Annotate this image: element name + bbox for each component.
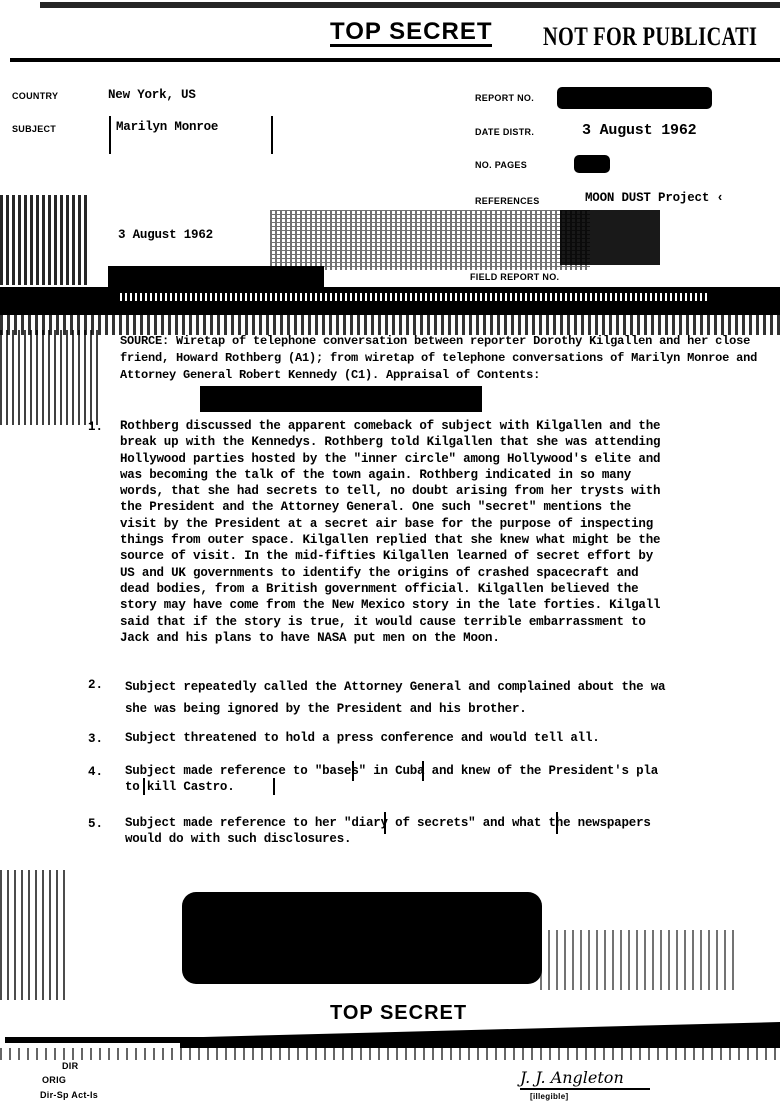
paragraph-3: Subject threatened to hold a press confe… xyxy=(125,730,600,746)
footer-code-1: DIR xyxy=(62,1061,78,1071)
paragraph-2: Subject repeatedly called the Attorney G… xyxy=(125,676,665,720)
paragraph-line: was becoming the talk of the town again.… xyxy=(120,467,660,483)
signature-line xyxy=(520,1088,650,1090)
country-label: COUNTRY xyxy=(12,91,58,101)
footer-code-3: Dir-Sp Act-Is xyxy=(40,1090,98,1100)
paragraph-line: the President and the Attorney General. … xyxy=(120,499,660,515)
bracket-diary xyxy=(384,812,558,834)
paragraph-line: Subject repeatedly called the Attorney G… xyxy=(125,676,665,698)
bottom-redaction xyxy=(182,892,542,984)
paragraph-line: Rothberg discussed the apparent comeback… xyxy=(120,418,660,434)
report-no-redaction xyxy=(557,87,712,109)
footer-bar xyxy=(180,1022,780,1048)
signature-title: [illegible] xyxy=(530,1092,568,1101)
band-text-ghost xyxy=(120,293,710,301)
top-garbled-header xyxy=(40,2,780,8)
footer-code-2: ORIG xyxy=(42,1075,66,1085)
left-margin-noise xyxy=(0,330,100,425)
para-1-number: 1. xyxy=(88,420,103,434)
right-footer-noise xyxy=(540,930,740,990)
paragraph-line: break up with the Kennedys. Rothberg tol… xyxy=(120,434,660,450)
date-value: 3 August 1962 xyxy=(582,122,696,139)
paragraph-line: dead bodies, from a British government o… xyxy=(120,581,660,597)
field-report-label: FIELD REPORT NO. xyxy=(470,272,559,282)
paragraph-line: source of visit. In the mid-fifties Kilg… xyxy=(120,548,660,564)
subject-label: SUBJECT xyxy=(12,124,56,134)
classification-stamp-top: TOP SECRET xyxy=(330,20,492,47)
date-label: DATE DISTR. xyxy=(475,127,534,137)
bracket-bases xyxy=(352,761,424,781)
date-of-info-value: 3 August 1962 xyxy=(118,228,213,242)
paragraph-line: visit by the President at a secret air b… xyxy=(120,516,660,532)
bracket-kill-castro xyxy=(143,778,275,795)
paragraph-line: US and UK governments to identify the or… xyxy=(120,565,660,581)
paragraph-line: story may have come from the New Mexico … xyxy=(120,597,660,613)
paragraph-line: she was being ignored by the President a… xyxy=(125,698,665,720)
signature: J. J. Angleton xyxy=(520,1068,624,1087)
degraded-margin-block xyxy=(0,195,90,285)
paragraph-line: Jack and his plans to have NASA put men … xyxy=(120,630,660,646)
paragraph-line: Hollywood parties hosted by the "inner c… xyxy=(120,451,660,467)
references-value: MOON DUST Project ‹ xyxy=(585,191,724,205)
scan-noise-row xyxy=(0,315,780,335)
para-3-number: 3. xyxy=(88,732,103,746)
paragraph-line: Subject threatened to hold a press confe… xyxy=(125,730,600,746)
paragraph-line: things from outer space. Kilgallen repli… xyxy=(120,532,660,548)
footer-rule-left xyxy=(5,1037,225,1043)
country-value: New York, US xyxy=(108,88,196,102)
date-redaction-bar xyxy=(108,266,324,288)
footer-noise-row xyxy=(0,1048,780,1060)
left-footer-noise xyxy=(0,870,70,1000)
scan-noise xyxy=(270,210,590,270)
paragraph-line: words, that she had secrets to tell, no … xyxy=(120,483,660,499)
source-band xyxy=(0,287,780,315)
paragraph-1: Rothberg discussed the apparent comeback… xyxy=(120,418,660,646)
report-no-label: REPORT NO. xyxy=(475,93,534,103)
source-redaction xyxy=(200,386,482,412)
no-pages-redaction xyxy=(574,155,610,173)
references-label: REFERENCES xyxy=(475,196,540,206)
publication-notice: NOT FOR PUBLICATI xyxy=(543,22,757,52)
source-summary: SOURCE: Wiretap of telephone conversatio… xyxy=(120,333,770,384)
paragraph-line: said that if the story is true, it would… xyxy=(120,614,660,630)
para-4-number: 4. xyxy=(88,765,103,779)
subject-bracket xyxy=(109,116,273,154)
redaction-smear xyxy=(560,210,660,265)
no-pages-label: NO. PAGES xyxy=(475,160,527,170)
para-5-number: 5. xyxy=(88,817,103,831)
para-2-number: 2. xyxy=(88,678,103,692)
header-rule xyxy=(10,58,780,62)
classification-stamp-bottom: TOP SECRET xyxy=(330,1003,467,1023)
